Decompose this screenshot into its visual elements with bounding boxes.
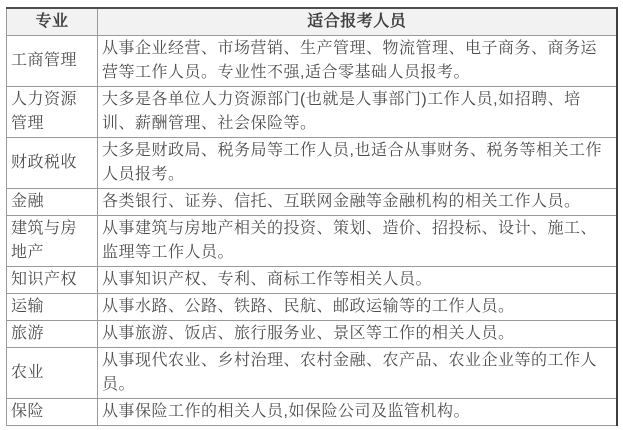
major-cell: 建筑与房地产 — [7, 216, 98, 267]
table-row: 知识产权 从事知识产权、专利、商标工作等相关人员。 — [7, 267, 617, 294]
majors-table: 专业 适合报考人员 工商管理 从事企业经营、市场营销、生产管理、物流管理、电子商… — [6, 7, 618, 426]
header-row: 专业 适合报考人员 — [7, 8, 617, 36]
table-row: 金融 各类银行、证券、信托、互联网金融等金融机构的相关工作人员。 — [7, 189, 617, 216]
major-cell: 运输 — [7, 294, 98, 321]
table-row: 财政税收 大多是财政局、税务局等工作人员,也适合从事财务、税务等相关工作人员报考… — [7, 138, 617, 189]
table-row: 运输 从事水路、公路、铁路、民航、邮政运输等的工作人员。 — [7, 294, 617, 321]
candidates-cell: 大多是财政局、税务局等工作人员,也适合从事财务、税务等相关工作人员报考。 — [98, 138, 617, 189]
major-cell: 财政税收 — [7, 138, 98, 189]
table-row: 建筑与房地产 从事建筑与房地产相关的投资、策划、造价、招投标、设计、施工、监理等… — [7, 216, 617, 267]
candidates-cell: 从事知识产权、专利、商标工作等相关人员。 — [98, 267, 617, 294]
table-row: 工商管理 从事企业经营、市场营销、生产管理、物流管理、电子商务、商务运营等工作人… — [7, 36, 617, 87]
candidates-cell: 从事建筑与房地产相关的投资、策划、造价、招投标、设计、施工、监理等工作人员。 — [98, 216, 617, 267]
candidates-cell: 从事旅游、饭店、旅行服务业、景区等工作的相关人员。 — [98, 321, 617, 348]
major-cell: 农业 — [7, 348, 98, 399]
candidates-cell: 大多是各单位人力资源部门(也就是人事部门)工作人员,如招聘、培训、薪酬管理、社会… — [98, 87, 617, 138]
major-cell: 知识产权 — [7, 267, 98, 294]
table-row: 人力资源管理 大多是各单位人力资源部门(也就是人事部门)工作人员,如招聘、培训、… — [7, 87, 617, 138]
candidates-cell: 从事现代农业、乡村治理、农村金融、农产品、农业企业等的工作人员。 — [98, 348, 617, 399]
major-cell: 旅游 — [7, 321, 98, 348]
candidates-cell: 各类银行、证券、信托、互联网金融等金融机构的相关工作人员。 — [98, 189, 617, 216]
major-cell: 工商管理 — [7, 36, 98, 87]
table-row: 保险 从事保险工作的相关人员,如保险公司及监管机构。 — [7, 399, 617, 426]
majors-table-container: 专业 适合报考人员 工商管理 从事企业经营、市场营销、生产管理、物流管理、电子商… — [6, 7, 616, 426]
major-cell: 保险 — [7, 399, 98, 426]
candidates-cell: 从事水路、公路、铁路、民航、邮政运输等的工作人员。 — [98, 294, 617, 321]
major-cell: 金融 — [7, 189, 98, 216]
table-row: 农业 从事现代农业、乡村治理、农村金融、农产品、农业企业等的工作人员。 — [7, 348, 617, 399]
candidates-cell: 从事保险工作的相关人员,如保险公司及监管机构。 — [98, 399, 617, 426]
candidates-cell: 从事企业经营、市场营销、生产管理、物流管理、电子商务、商务运营等工作人员。专业性… — [98, 36, 617, 87]
header-candidates: 适合报考人员 — [98, 8, 617, 36]
major-cell: 人力资源管理 — [7, 87, 98, 138]
table-row: 旅游 从事旅游、饭店、旅行服务业、景区等工作的相关人员。 — [7, 321, 617, 348]
header-major: 专业 — [7, 8, 98, 36]
